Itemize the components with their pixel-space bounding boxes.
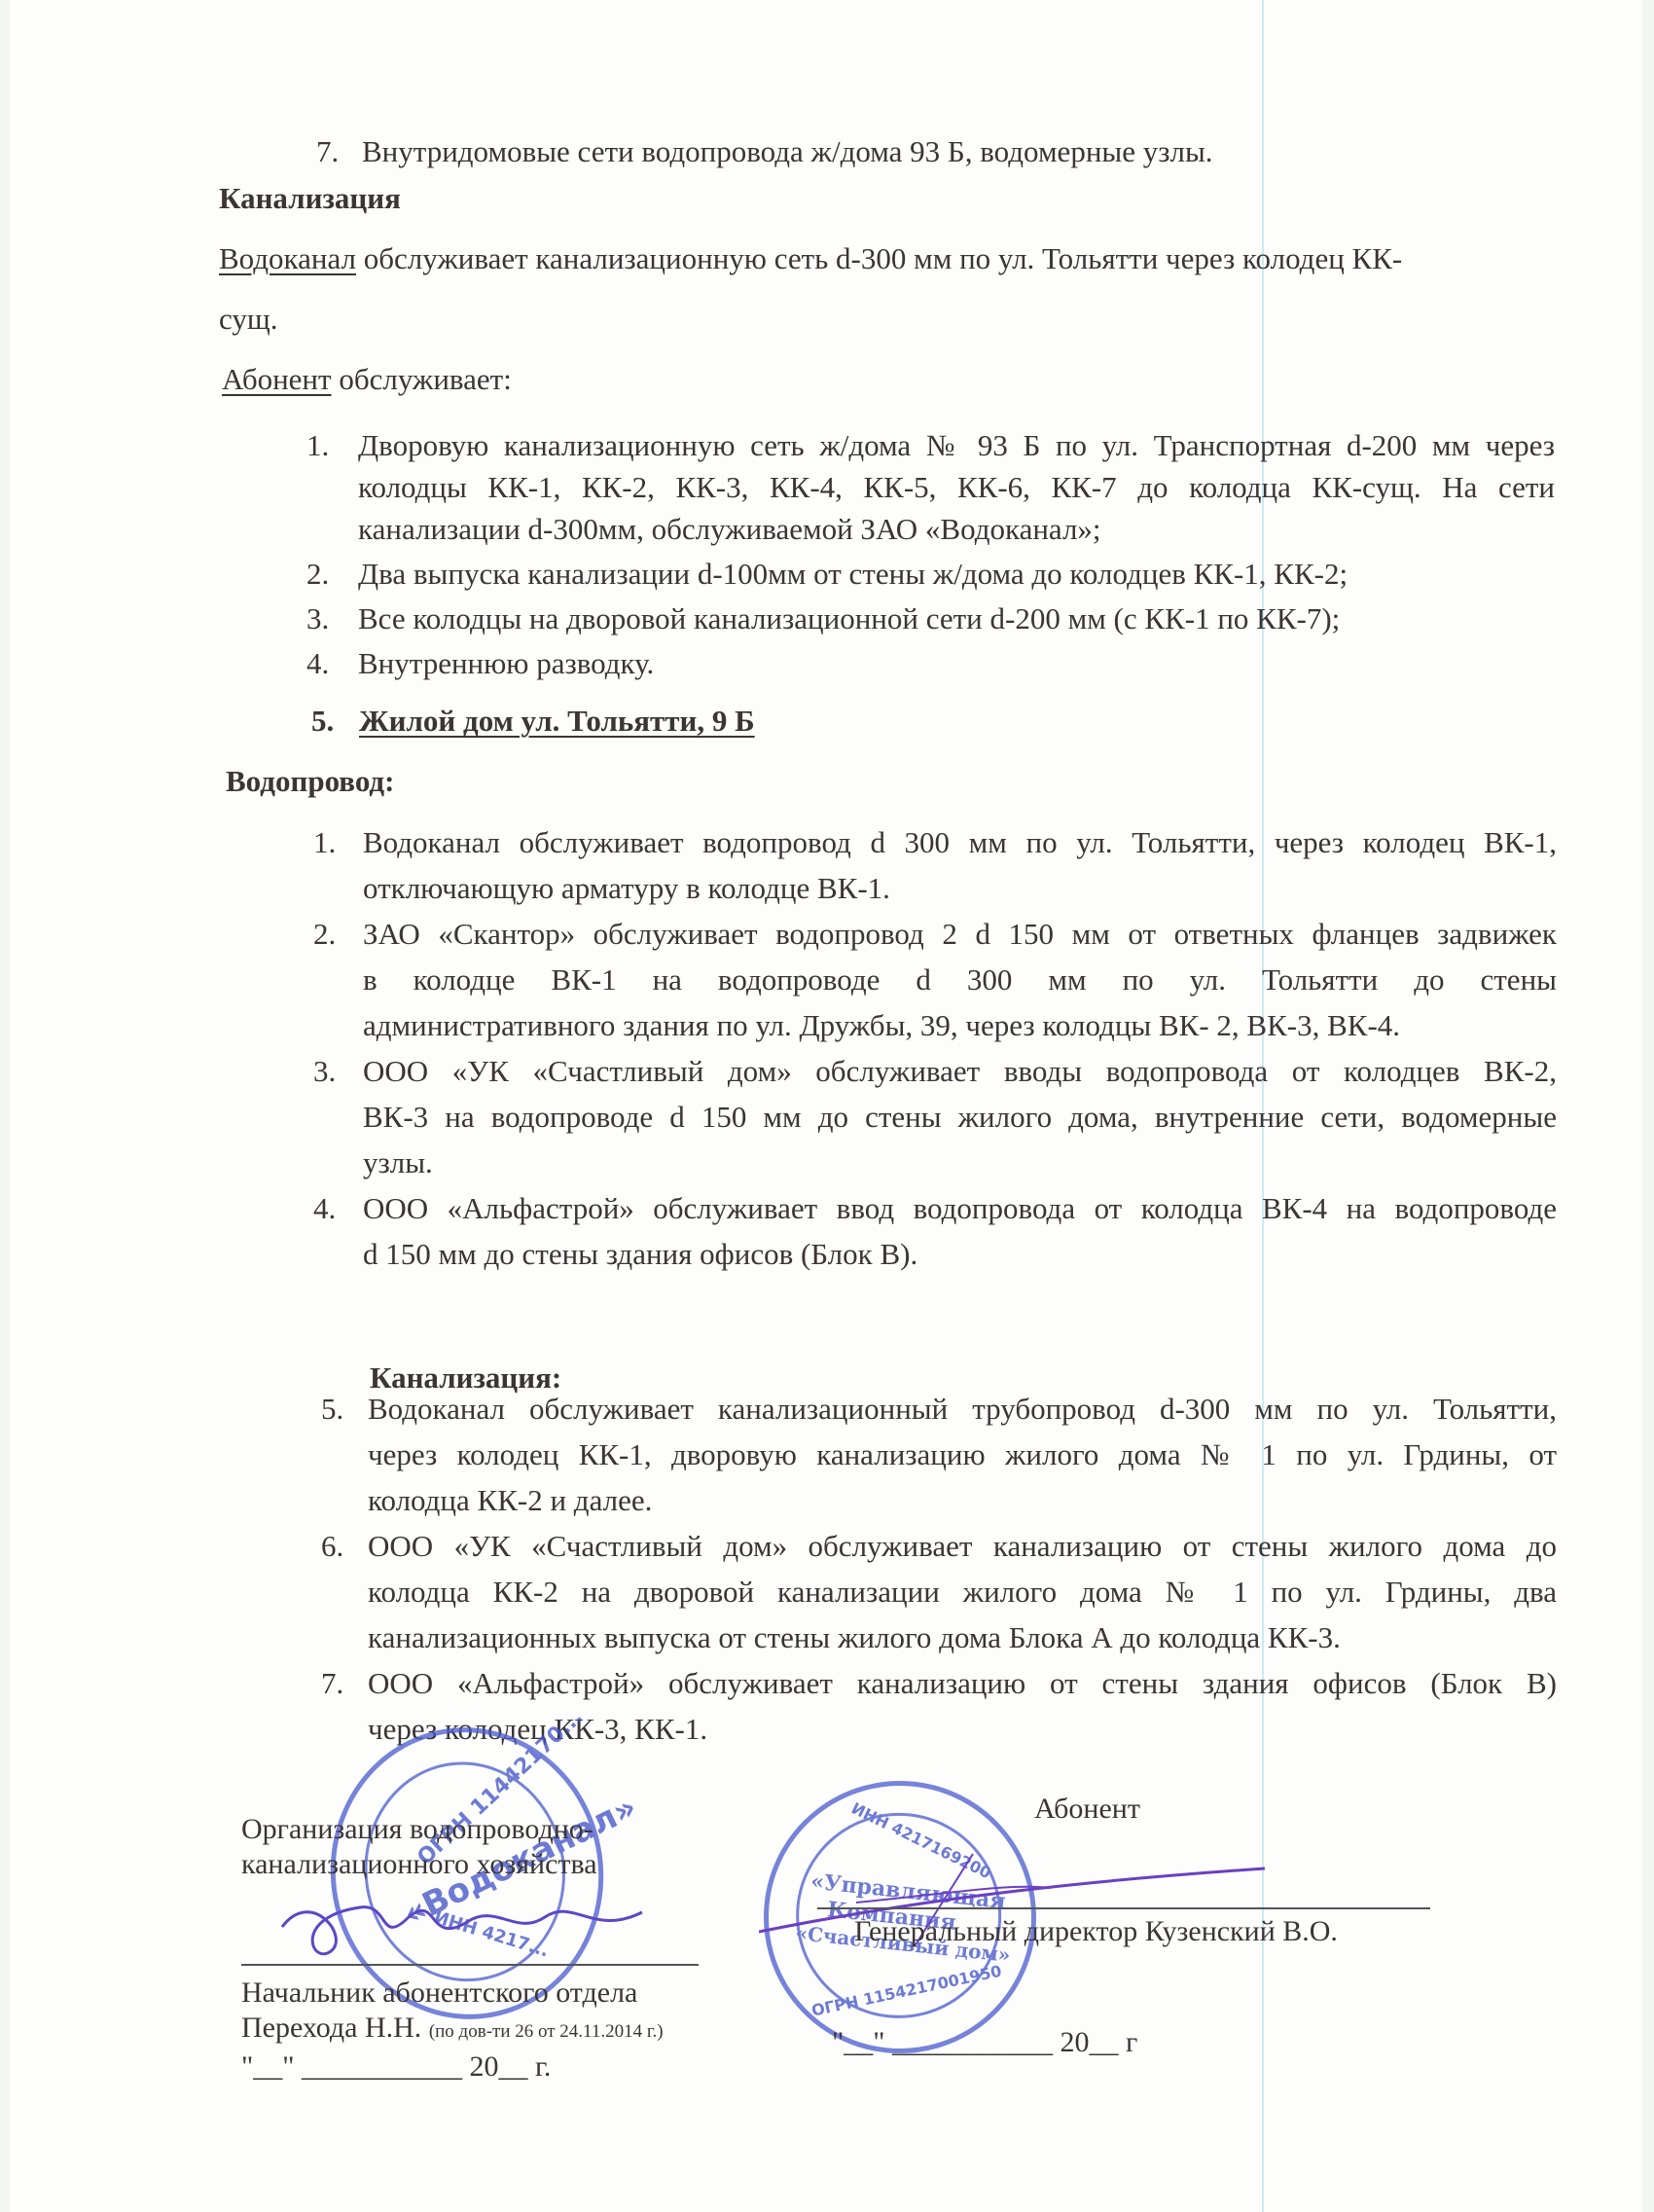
item-number: 5.	[321, 1394, 343, 1424]
date-line-right: "__" ___________ 20__ г	[832, 2026, 1137, 2059]
list-item: 7. Внутридомовые сети водопровода ж/дома…	[316, 136, 1213, 166]
item-number: 1.	[306, 430, 329, 460]
item-text: ООО «Альфастрой» обслуживает канализацию…	[368, 1668, 1557, 1698]
item-text: Внутреннюю разводку.	[358, 648, 654, 678]
item-text: ООО «Альфастрой» обслуживает ввод водопр…	[363, 1193, 1557, 1223]
item-number: 7.	[316, 134, 339, 168]
item-text: административного здания по ул. Дружбы, …	[363, 1010, 1400, 1040]
item-text: канализации d-300мм, обслуживаемой ЗАО «…	[358, 514, 1101, 544]
item-text: колодца КК-2 и далее.	[368, 1485, 652, 1515]
vodokanal-label: Водоканал	[219, 241, 356, 275]
item-number: 6.	[321, 1531, 343, 1561]
authority-note: (по дов-ти 26 от 24.11.2014 г.)	[429, 2021, 664, 2042]
signature-line-left	[241, 1964, 699, 1966]
item-text: в колодце ВК-1 на водопроводе d 300 мм п…	[363, 964, 1557, 995]
org-line-2: канализационного хозяйства	[241, 1847, 597, 1882]
item-number: 2.	[306, 559, 329, 589]
signature-left	[272, 1878, 681, 1966]
abonent-label: Абонент	[222, 362, 332, 396]
item-text: Водоканал обслуживает канализационный тр…	[368, 1394, 1557, 1424]
item-text: отключающую арматуру в колодце ВК-1.	[363, 873, 890, 903]
position-left: Начальник абонентского отдела	[241, 1976, 664, 2011]
paragraph-vodokanal: Водоканал обслуживает канализационную се…	[219, 243, 1402, 273]
item-number: 1.	[313, 827, 336, 857]
item-text: Два выпуска канализации d-100мм от стены…	[358, 559, 1348, 589]
scan-edge-right	[1642, 0, 1654, 2212]
scan-edge-left	[0, 0, 10, 2212]
item-text: через колодец КК-1, дворовую канализацию…	[368, 1439, 1557, 1469]
sewer-heading: Канализация:	[370, 1362, 561, 1393]
item-text: Внутридомовые сети водопровода ж/дома 93…	[362, 134, 1213, 168]
water-heading: Водопровод:	[226, 766, 394, 796]
abonent-label-signature: Абонент	[1034, 1793, 1140, 1826]
section-number: 5.	[311, 704, 334, 738]
item-text: Дворовую канализационную сеть ж/дома № 9…	[358, 430, 1555, 460]
section-title: 5. Жилой дом ул. Тольятти, 9 Б	[311, 706, 755, 736]
paragraph-continuation: сущ.	[219, 304, 277, 334]
item-text: ООО «УК «Счастливый дом» обслуживает кан…	[368, 1531, 1557, 1561]
item-text: Все колодцы на дворовой канализационной …	[358, 603, 1340, 634]
paragraph-abonent: Абонент обслуживает:	[222, 364, 512, 394]
paragraph-text: обслуживает канализационную сеть d-300 м…	[356, 241, 1402, 275]
item-text: узлы.	[363, 1147, 433, 1178]
section-title-text: Жилой дом ул. Тольятти, 9 Б	[359, 704, 755, 738]
item-text: Водоканал обслуживает водопровод d 300 м…	[363, 827, 1557, 857]
item-number: 2.	[313, 919, 336, 949]
item-number: 4.	[313, 1193, 336, 1223]
section-heading: Канализация	[219, 183, 401, 213]
item-number: 7.	[321, 1668, 343, 1698]
item-text: ВК-3 на водопроводе d 150 мм до стены жи…	[363, 1102, 1557, 1132]
item-text: канализационных выпуска от стены жилого …	[368, 1622, 1341, 1652]
date-line-left: "__" ___________ 20__ г.	[241, 2049, 664, 2085]
item-text: колодцы КК-1, КК-2, КК-3, КК-4, КК-5, КК…	[358, 472, 1555, 502]
item-text: колодца КК-2 на дворовой канализации жил…	[368, 1577, 1557, 1607]
item-text: d 150 мм до стены здания офисов (Блок В)…	[363, 1239, 917, 1269]
signatory-left: Начальник абонентского отдела Перехода Н…	[241, 1976, 664, 2085]
name-left: Перехода Н.Н.	[241, 2012, 421, 2044]
item-text: ООО «УК «Счастливый дом» обслуживает вво…	[363, 1056, 1557, 1086]
item-number: 3.	[306, 603, 329, 634]
paragraph-text: обслуживает:	[332, 362, 512, 396]
signature-line-right	[817, 1907, 1430, 1909]
signature-block-left: Организация водопроводно- канализационно…	[241, 1812, 597, 1882]
position-right: Генеральный директор Кузенский В.О.	[854, 1915, 1338, 1948]
item-text: ЗАО «Скантор» обслуживает водопровод 2 d…	[363, 919, 1557, 949]
item-number: 3.	[313, 1056, 336, 1086]
org-line-1: Организация водопроводно-	[241, 1812, 597, 1847]
item-number: 4.	[306, 648, 329, 678]
